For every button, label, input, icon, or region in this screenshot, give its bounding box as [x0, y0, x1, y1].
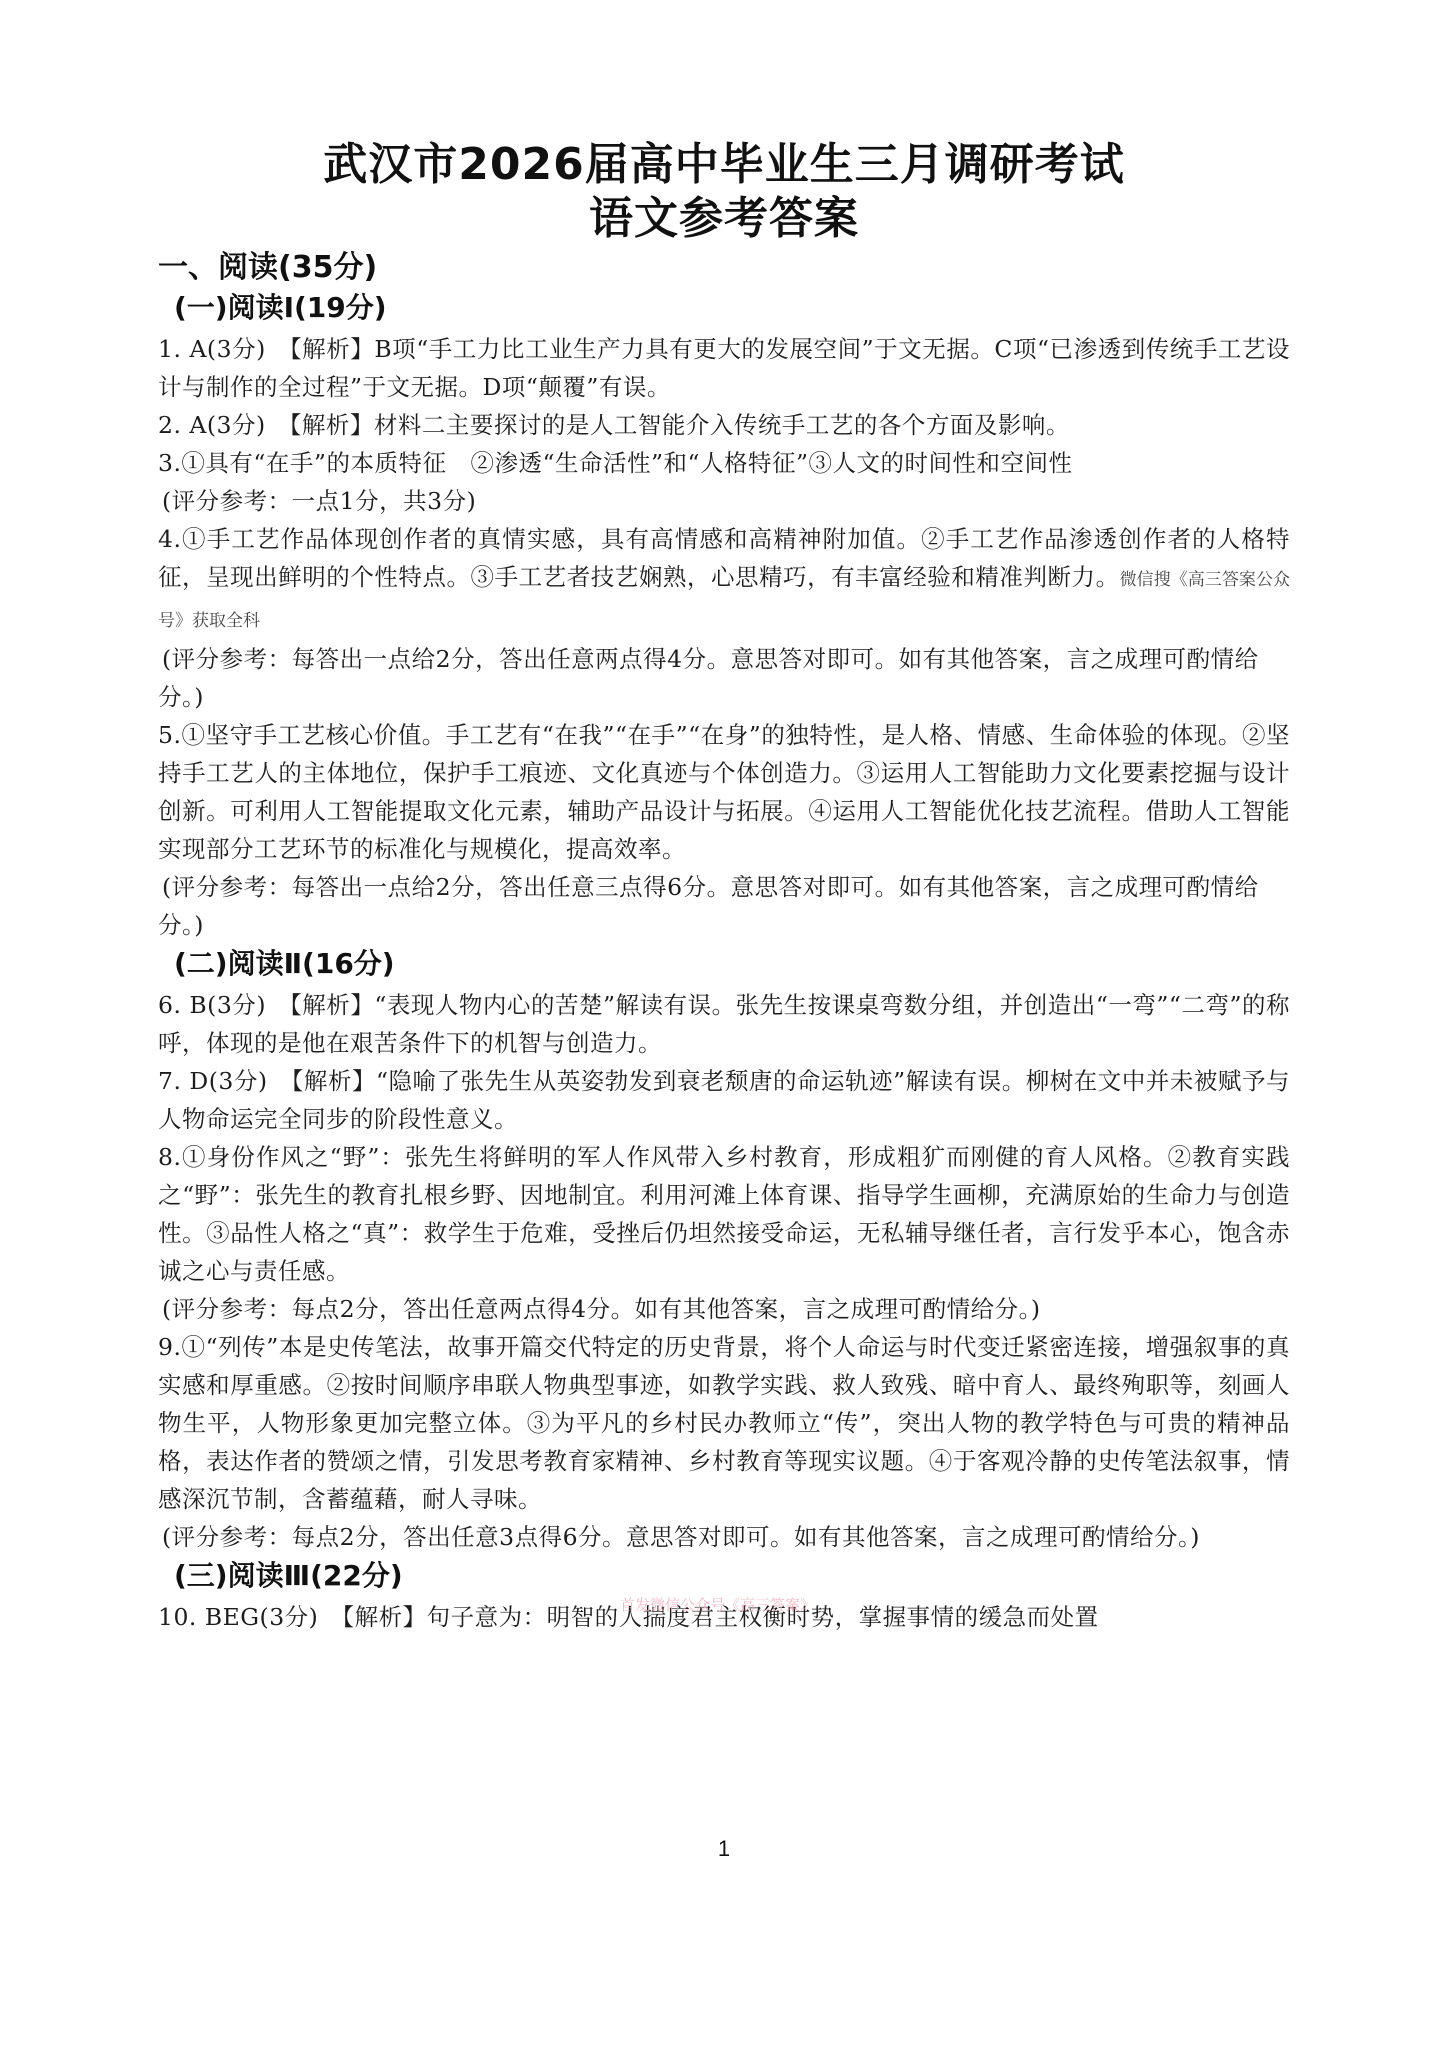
scoring-note-q4: (评分参考：每答出一点给2分，答出任意两点得4分。意思答对即可。如有其他答案，言… — [158, 640, 1290, 716]
answer-q7: 7. D(3分) 【解析】“隐喻了张先生从英姿勃发到衰老颓唐的命运轨迹”解读有误… — [158, 1062, 1290, 1138]
answer-q5: 5.①坚守手工艺核心价值。手工艺有“在我”“在手”“在身”的独特性，是人格、情感… — [158, 716, 1290, 868]
document-page: 武汉市2026届高中毕业生三月调研考试 语文参考答案 一、阅读(35分) (一)… — [0, 0, 1448, 2048]
answer-q1: 1. A(3分) 【解析】B项“手工力比工业生产力具有更大的发展空间”于文无据。… — [158, 330, 1290, 406]
subsection-heading-reading-1: (一)阅读Ⅰ(19分) — [174, 288, 1290, 330]
subsection-heading-reading-2: (二)阅读Ⅱ(16分) — [174, 944, 1290, 986]
document-subtitle: 语文参考答案 — [0, 182, 1448, 246]
answer-q4: 4.①手工艺作品体现创作者的真情实感，具有高情感和高精神附加值。②手工艺作品渗透… — [158, 520, 1290, 640]
answer-content: 一、阅读(35分) (一)阅读Ⅰ(19分) 1. A(3分) 【解析】B项“手工… — [158, 248, 1290, 1636]
answer-q9: 9.①“列传”本是史传笔法，故事开篇交代特定的历史背景，将个人命运与时代变迁紧密… — [158, 1328, 1290, 1518]
scoring-note-q9: (评分参考：每点2分，答出任意3点得6分。意思答对即可。如有其他答案，言之成理可… — [158, 1518, 1290, 1556]
answer-q6: 6. B(3分) 【解析】“表现人物内心的苦楚”解读有误。张先生按课桌弯数分组，… — [158, 986, 1290, 1062]
scoring-note-q5: (评分参考：每答出一点给2分，答出任意三点得6分。意思答对即可。如有其他答案，言… — [158, 868, 1290, 944]
pink-watermark: 首发微信公众号《高三答案》 — [620, 1594, 815, 1615]
section-heading-reading: 一、阅读(35分) — [158, 248, 1290, 288]
answer-q2: 2. A(3分) 【解析】材料二主要探讨的是人工智能介入传统手工艺的各个方面及影… — [158, 406, 1290, 444]
answer-q8: 8.①身份作风之“野”：张先生将鲜明的军人作风带入乡村教育，形成粗犷而刚健的育人… — [158, 1138, 1290, 1290]
page-number: 1 — [0, 1836, 1448, 1862]
subsection-heading-reading-3: (三)阅读Ⅲ(22分) — [174, 1556, 1290, 1598]
answer-q3: 3.①具有“在手”的本质特征 ②渗透“生命活性”和“人格特征”③人文的时间性和空… — [158, 444, 1290, 482]
scoring-note-q8: (评分参考：每点2分，答出任意两点得4分。如有其他答案，言之成理可酌情给分。) — [158, 1290, 1290, 1328]
scoring-note-q3: (评分参考：一点1分，共3分) — [158, 482, 1290, 520]
